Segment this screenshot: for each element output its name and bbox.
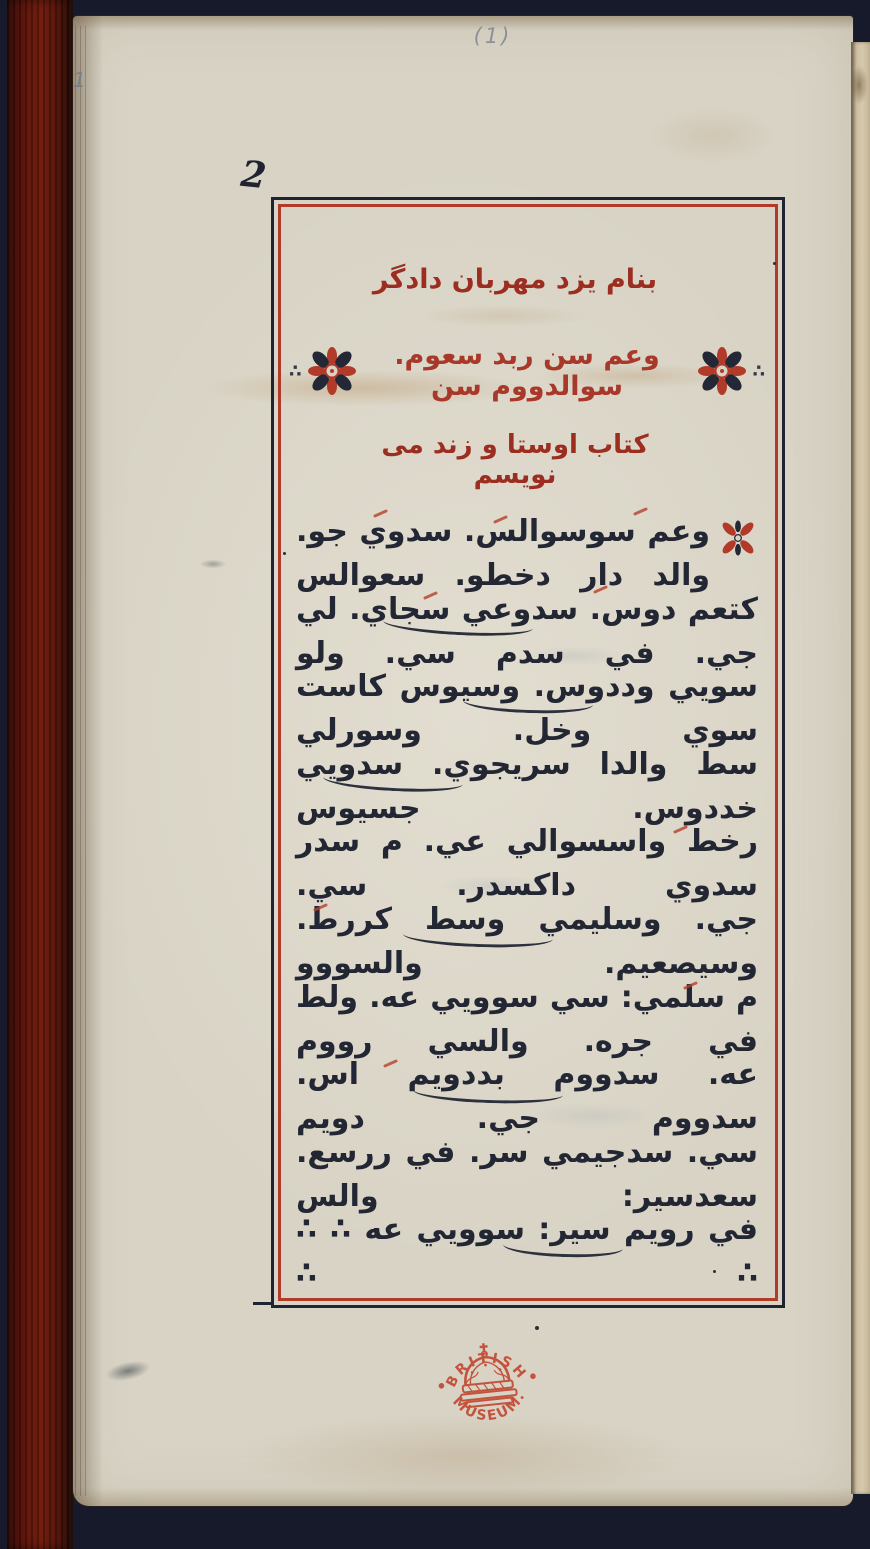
dot-cluster-mark: ∴ <box>752 361 765 382</box>
pencil-page-number: 1 <box>73 68 86 92</box>
book-spine <box>7 0 73 1549</box>
manuscript-photo: (1) 1 2 بنام یزد مهربان دادگر ∴ <box>0 0 870 1549</box>
fore-edge-stain <box>851 60 870 110</box>
handwritten-folio-number: 2 <box>239 153 268 197</box>
red-title-line: ∴ وعم سن ربد سعوم. سوا <box>289 342 765 400</box>
text-line: سي. سدجيمي سر. في ررسع. سعدسير: والس <box>296 1119 758 1197</box>
ink-speck <box>283 552 286 555</box>
rosette-icon <box>718 518 758 558</box>
red-invocation-line: بنام یزد مهربان دادگر <box>335 264 695 295</box>
manuscript-page: (1) 1 2 بنام یزد مهربان دادگر ∴ <box>73 16 853 1506</box>
british-museum-stamp: BRITISH MUSEUM. <box>423 1315 550 1442</box>
border-line-overshoot <box>253 1302 273 1305</box>
text-line: كتعم دوس. سدوعي سجاي. لي جي. في سدم سي. … <box>296 576 758 654</box>
rosette-icon <box>308 347 356 395</box>
text-line: في رويم سير: سوويي عه ∴ ∴ ∴ ∴ <box>296 1196 758 1274</box>
red-subtitle-line: کتاب اوستا و زند می نویسم <box>355 430 675 490</box>
gutter-edge-lines <box>75 26 89 1496</box>
pencil-folio-note: (1) <box>433 24 553 48</box>
text-line: عه. سدووم بددويم اس. سدووم جي. دويم <box>296 1041 758 1119</box>
spine-leather-texture <box>7 0 73 1549</box>
text-line: وعم سوسوالس. سدوي جو. والد دار دخطو. سعو… <box>296 498 758 576</box>
text-line: رخط واسسوالي عي. م سدر سدوي داكسدر. سي. <box>296 808 758 886</box>
dot-cluster-mark: ∴ <box>289 361 302 382</box>
fore-edge-pages <box>851 42 870 1494</box>
rosette-icon <box>698 347 746 395</box>
graphite-smudge <box>90 1347 166 1395</box>
red-title-text: وعم سن ربد سعوم. سوالدووم سن <box>362 340 693 402</box>
text-line-content: وعم سوسوالس. سدوي جو. والد دار دخطو. سعو… <box>296 510 710 598</box>
ink-speck <box>713 1270 716 1273</box>
avestan-text-block: وعم سوسوالس. سدوي جو. والد دار دخطو. سعو… <box>296 498 758 1274</box>
graphite-smudge <box>193 556 233 572</box>
ink-speck <box>773 262 776 265</box>
text-line: م سلمي: سي سوويي عه. ولط في جره. والسي ر… <box>296 964 758 1042</box>
text-line: جي. وسليمي وسط كررط. وسيصعيم. والسووو <box>296 886 758 964</box>
